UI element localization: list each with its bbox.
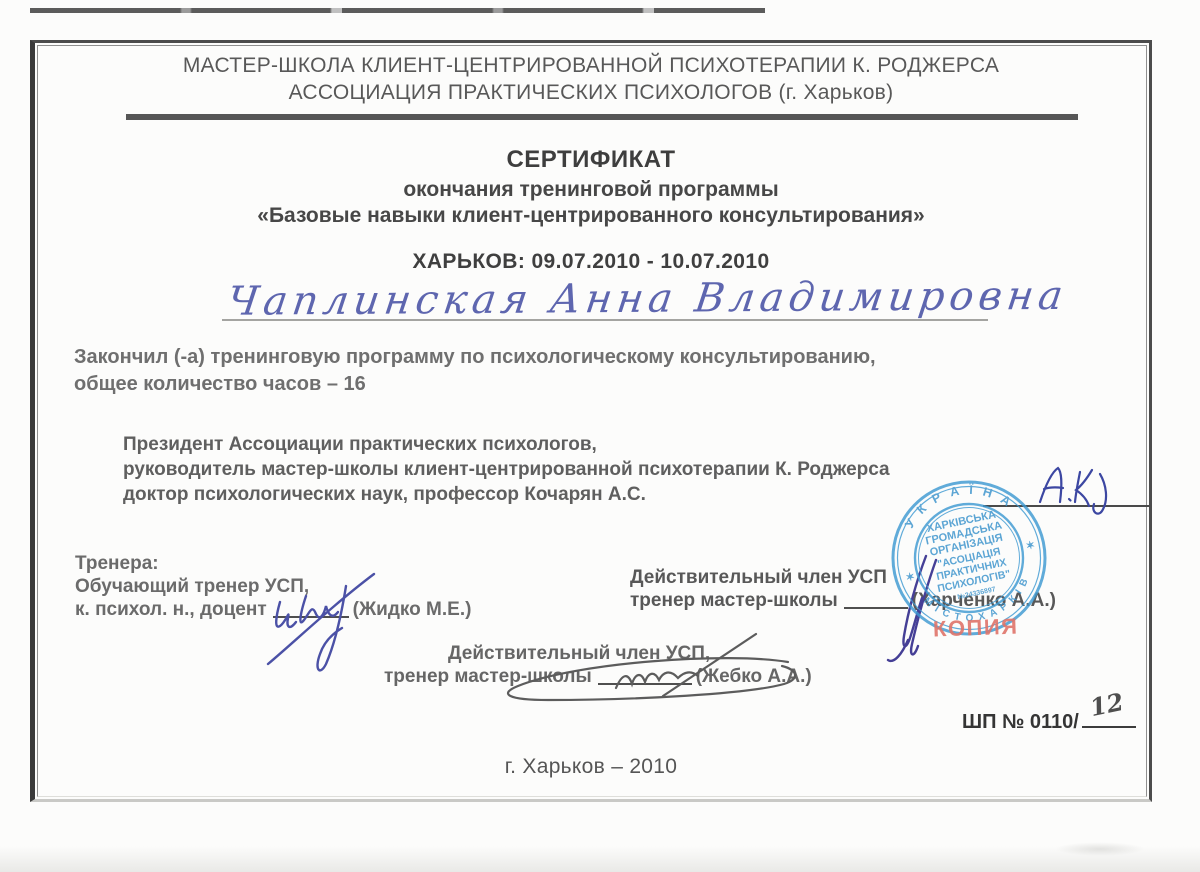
- certificate-subtitle-1: окончания тренинговой программы: [30, 178, 1152, 202]
- serial-number-slot: 12: [1082, 700, 1136, 728]
- president-line-2: руководитель мастер-школы клиент-центрир…: [123, 457, 890, 482]
- completion-line-1: Закончил (-а) тренинговую программу по п…: [74, 344, 876, 371]
- trainer-left-line2: к. психол. н., доцент: [75, 598, 267, 621]
- scanned-certificate-page: МАСТЕР-ШКОЛА КЛИЕНТ-ЦЕНТРИРОВАННОЙ ПСИХО…: [0, 0, 1200, 872]
- president-line-1: Президент Ассоциации практических психол…: [123, 432, 890, 457]
- completion-line-2: общее количество часов – 16: [74, 371, 876, 398]
- trainer-right-line2: тренер мастер-школы: [630, 589, 838, 612]
- zhebko-signature-icon: [488, 646, 808, 704]
- scan-artifact-smudge: [1055, 842, 1145, 856]
- kocharyan-signature-icon: [1032, 462, 1132, 517]
- serial-number-block: ШП № 0110/12: [962, 700, 1136, 734]
- recipient-name-handwritten: Чаплинская Анна Владимировна: [225, 273, 1012, 324]
- footer-city-year: г. Харьков – 2010: [30, 755, 1152, 779]
- completion-statement: Закончил (-а) тренинговую программу по п…: [74, 344, 876, 398]
- recipient-name-underline: [222, 319, 988, 321]
- serial-number-handwritten: 12: [1087, 687, 1126, 722]
- stamp-star-left-icon: ✶: [905, 571, 917, 585]
- president-block: Президент Ассоциации практических психол…: [123, 432, 890, 507]
- event-location-dates: ХАРЬКОВ: 09.07.2010 - 10.07.2010: [30, 250, 1152, 274]
- org-name-line1: МАСТЕР-ШКОЛА КЛИЕНТ-ЦЕНТРИРОВАННОЙ ПСИХО…: [30, 54, 1152, 78]
- scan-artifact-bottom-shadow: [0, 846, 1200, 872]
- certificate-title: СЕРТИФИКАТ: [30, 146, 1152, 174]
- serial-label: ШП № 0110/: [962, 711, 1079, 733]
- header-divider-rule: [126, 114, 1078, 120]
- president-line-3: доктор психологических наук, профессор К…: [123, 482, 890, 507]
- zhidko-signature-icon: [262, 556, 382, 674]
- stamp-star-right-icon: ✶: [1025, 539, 1037, 553]
- copy-stamp-mark: КОПИЯ: [933, 614, 1019, 643]
- org-name-line2: АССОЦИАЦИЯ ПРАКТИЧЕСКИХ ПСИХОЛОГОВ (г. Х…: [30, 81, 1152, 105]
- certificate-subtitle-2: «Базовые навыки клиент-центрированного к…: [30, 204, 1152, 228]
- scan-artifact-top-line: [30, 8, 765, 13]
